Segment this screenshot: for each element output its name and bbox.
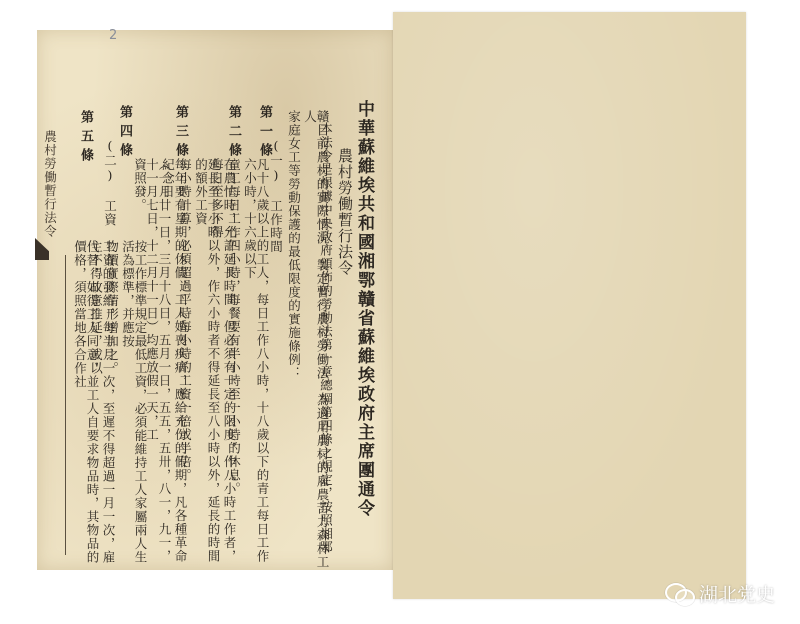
margin-note: 農村勞働暫行法令 <box>43 130 56 238</box>
article-label: 第二條 <box>227 105 240 162</box>
document-subtitle: 農村勞働暫行法令 <box>337 148 352 276</box>
article-text: 按工作標準規定最低工資，必須能維持工人家屬兩人生活為標準，并應按 <box>121 240 146 570</box>
document-left-page: 2 中華蘇維埃共和國湘鄂贛省蘇維埃政府主席團通令 農村勞働暫行法令 本法令是根據… <box>37 30 393 570</box>
document-title: 中華蘇維埃共和國湘鄂贛省蘇維埃政府主席團通令 <box>355 100 372 518</box>
torn-edge-mark <box>35 238 49 260</box>
watermark-label: 湖北党史 <box>699 580 775 607</box>
section-heading: (二) 工資 <box>103 138 116 227</box>
preamble-line: 贛目前農村的實際情況，製定暫行農村勞働法，為適用農村的雇農苦力森林工人 <box>303 110 328 570</box>
wechat-icon <box>665 583 693 605</box>
margin-rule <box>65 255 66 555</box>
article-text: 延長至十小時以外，作六小時者不得延長至八小時以外，延長的時間的額外工資 <box>194 158 219 570</box>
document-right-page-blank <box>393 12 746 599</box>
article-label: 第四條 <box>118 105 131 162</box>
watermark: 湖北党史 <box>665 580 775 607</box>
article-text: 資照發。 <box>133 158 146 212</box>
article-label: 第一條 <box>258 105 271 162</box>
article-label: 第五條 <box>79 110 92 167</box>
preamble-line: 家庭女工等勞動保護的最低限度的實施條例： <box>287 110 300 380</box>
page-number: 2 <box>109 28 117 43</box>
article-text: （一月廿一日，三月十八日，五月一日，五五，五卅，八一，九一，十一月七日，十二月十… <box>145 158 170 570</box>
article-text: 代替，如得工人同意，並工人自要求物品時，其物品的價格，須照當地各合作社 <box>73 240 98 570</box>
article-label: 第三條 <box>174 105 187 162</box>
article-text: 凡十八歲以上的工人，每日工作八小時，十八歲以下的青工每日工作六小時，十六歲以下 <box>243 158 268 570</box>
